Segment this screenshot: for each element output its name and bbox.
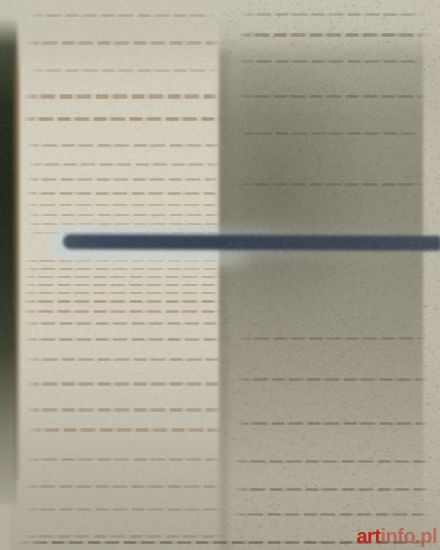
artwork-image: artinfo.pl [0, 0, 440, 550]
canvas-texture [0, 0, 440, 550]
watermark-light-text: info.pl [381, 526, 437, 548]
artinfo-watermark: artinfo.pl [356, 527, 437, 547]
watermark-bold-text: art [356, 526, 380, 548]
